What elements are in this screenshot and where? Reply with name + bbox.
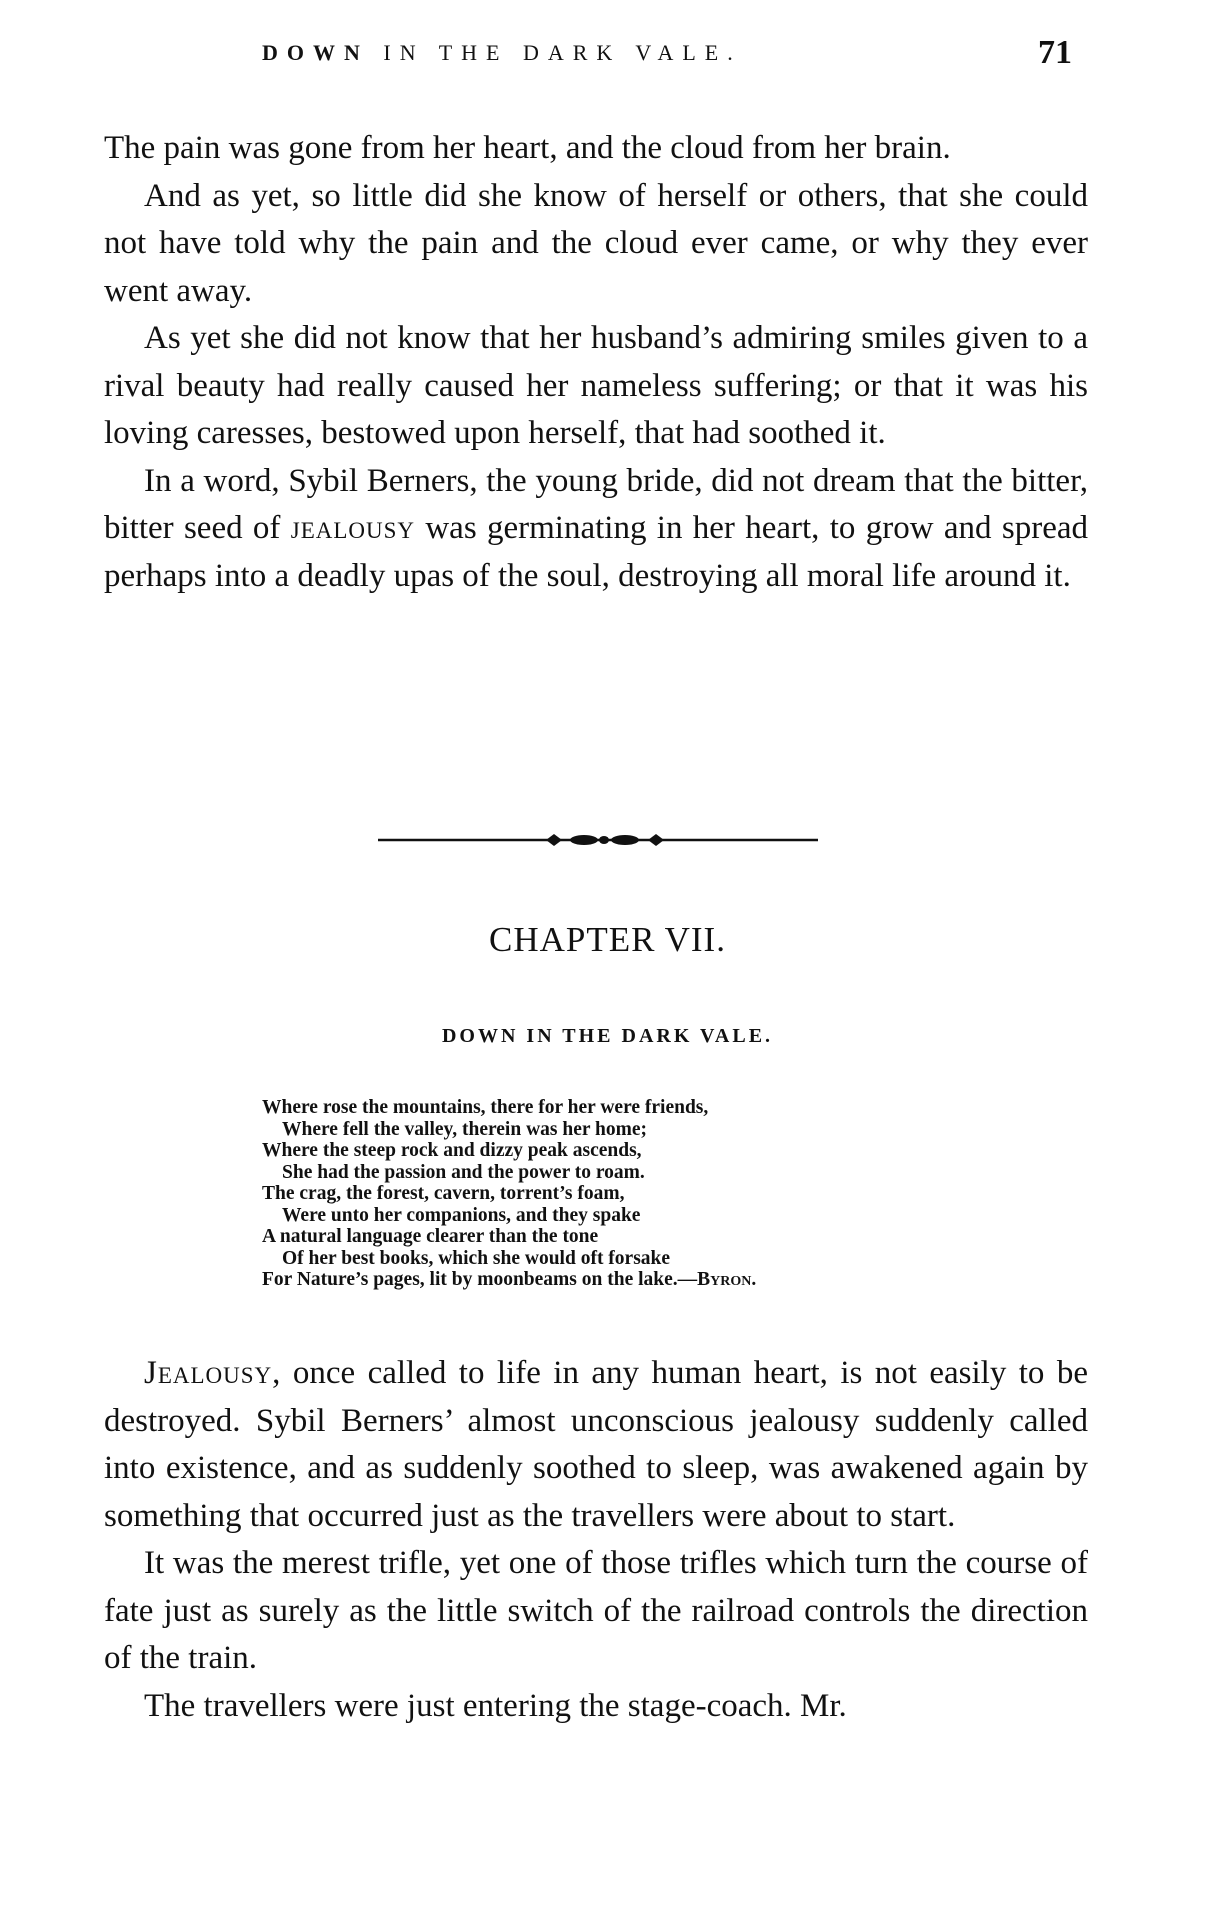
poem-line: The crag, the forest, cavern, torrent’s … xyxy=(262,1183,1022,1205)
paragraph-continuation: The pain was gone from her heart, and th… xyxy=(104,125,1088,173)
poem-line: Were unto her companions, and they spake xyxy=(262,1205,1022,1227)
running-head: DOWN IN THE DARK VALE. 71 xyxy=(0,38,1215,78)
running-title-rest: IN THE DARK VALE. xyxy=(369,40,742,65)
chapter-title: CHAPTER VII. xyxy=(0,920,1215,960)
paragraph: In a word, Sybil Berners, the young brid… xyxy=(104,458,1088,601)
poem-line: Where fell the valley, therein was her h… xyxy=(262,1119,1022,1141)
epigraph-poem: Where rose the mountains, there for her … xyxy=(262,1097,1022,1291)
poem-line-last: For Nature’s pages, lit by moonbeams on … xyxy=(262,1269,1022,1291)
chapter-subtitle: DOWN IN THE DARK VALE. xyxy=(0,1025,1215,1048)
running-title-first-word: DOWN xyxy=(262,40,369,65)
paragraph: It was the merest trifle, yet one of tho… xyxy=(104,1540,1088,1683)
paragraph: As yet she did not know that her husband… xyxy=(104,315,1088,458)
epigraph-attribution: Byron. xyxy=(697,1269,756,1290)
small-caps-word: Jealousy xyxy=(144,1355,272,1391)
poem-line: Of her best books, which she would oft f… xyxy=(262,1248,1022,1270)
poem-line-text: For Nature’s pages, lit by moonbeams on … xyxy=(262,1269,697,1290)
decorative-rule-ornament-icon xyxy=(378,830,818,850)
page-number: 71 xyxy=(1038,34,1072,72)
paragraph: The travellers were just entering the st… xyxy=(104,1683,1088,1731)
poem-line: Where rose the mountains, there for her … xyxy=(262,1097,1022,1119)
poem-line: She had the passion and the power to roa… xyxy=(262,1162,1022,1184)
running-title: DOWN IN THE DARK VALE. xyxy=(262,40,742,66)
small-caps-word: jealousy xyxy=(291,510,415,546)
body-text-section-2: Jealousy, once called to life in any hum… xyxy=(104,1350,1088,1730)
poem-line: A natural language clearer than the tone xyxy=(262,1226,1022,1248)
paragraph: Jealousy, once called to life in any hum… xyxy=(104,1350,1088,1540)
paragraph: And as yet, so little did she know of he… xyxy=(104,173,1088,316)
poem-line: Where the steep rock and dizzy peak asce… xyxy=(262,1140,1022,1162)
body-text-section-1: The pain was gone from her heart, and th… xyxy=(104,125,1088,600)
